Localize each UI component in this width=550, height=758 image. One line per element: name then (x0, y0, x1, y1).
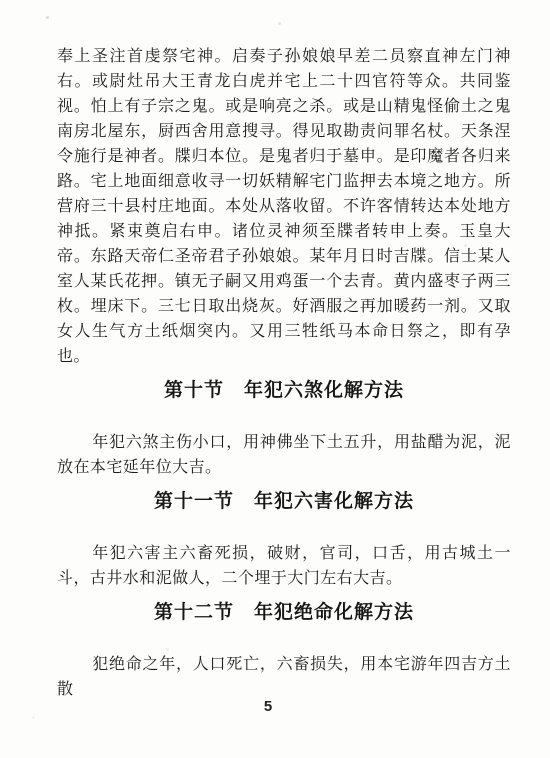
text-block: 奉上圣注首虔祭宅神。启奏子孙娘娘早差二员察直神左门神右。或尉灶吊大王青龙白虎并宅… (57, 44, 511, 702)
opening-paragraph: 奉上圣注首虔祭宅神。启奏子孙娘娘早差二员察直神左门神右。或尉灶吊大王青龙白虎并宅… (57, 44, 511, 369)
page-number: 5 (0, 698, 536, 715)
section-body-10: 年犯六煞主伤小口，用神佛坐下土五升，用盐醋为泥，泥放在本宅延年位大吉。 (57, 430, 511, 480)
section-body-12: 犯绝命之年，人口死亡，六畜损失，用本宅游年四吉方土散 (57, 652, 511, 702)
document-page: 奉上圣注首虔祭宅神。启奏子孙娘娘早差二员察直神左门神右。或尉灶吊大王青龙白虎并宅… (0, 0, 550, 758)
section-heading-10: 第十节 年犯六煞化解方法 (57, 379, 511, 403)
section-body-11: 年犯六害主六畜死损，破财，官司，口舌，用古城土一斗，古井水和泥做人，二个埋于大门… (57, 541, 511, 591)
section-heading-11: 第十一节 年犯六害化解方法 (57, 490, 511, 514)
section-heading-12: 第十二节 年犯绝命化解方法 (57, 601, 511, 625)
